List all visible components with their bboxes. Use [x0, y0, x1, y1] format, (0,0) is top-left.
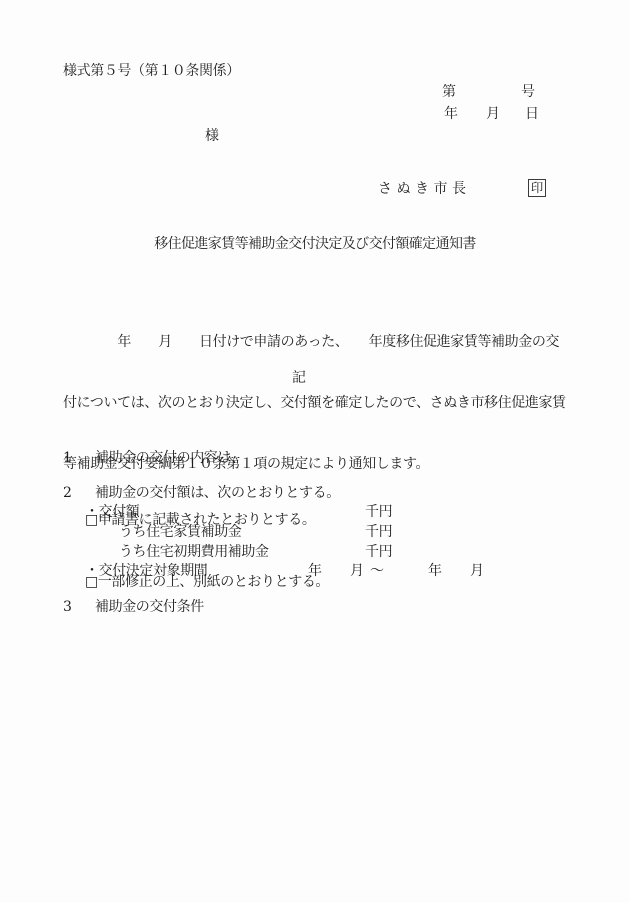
- item-3-number: 3: [63, 600, 95, 614]
- period-start-month-label: 月: [350, 564, 364, 578]
- issue-date-line: 年 月 日: [0, 107, 630, 125]
- item-2-number: 2: [63, 486, 95, 500]
- form-number: 様式第５号（第１０条関係）: [63, 64, 240, 78]
- sender-name: さぬき市長: [378, 182, 471, 196]
- document-title: 移住促進家賃等補助金交付決定及び交付額確定通知書: [0, 237, 630, 251]
- amount-unit: 千円: [365, 525, 392, 539]
- grant-amount-row: ・交付額 千円: [0, 505, 630, 523]
- seal-icon: 印: [531, 182, 544, 195]
- doc-number-suffix: 号: [521, 85, 535, 99]
- record-marker: 記: [292, 371, 306, 385]
- amount-unit: 千円: [365, 505, 392, 519]
- issue-date-day-label: 日: [525, 107, 539, 121]
- document-page: 様式第５号（第１０条関係） 第 号 年 月 日 様 さぬき市長 印 移住促進家賃…: [0, 0, 630, 903]
- period-end-year-label: 年: [428, 564, 442, 578]
- issue-date-month-label: 月: [486, 107, 500, 121]
- seal-box: 印: [528, 179, 546, 197]
- period-range-mark: ～: [370, 564, 384, 578]
- item-3-text: 補助金の交付条件: [95, 599, 204, 615]
- item-3-heading: 3補助金の交付条件: [63, 600, 204, 614]
- item-1-number: 1: [63, 448, 95, 469]
- period-label: ・交付決定対象期間: [85, 564, 207, 578]
- amount-label: うち住宅家賃補助金: [119, 525, 241, 539]
- grant-amount-row: うち住宅家賃補助金 千円: [0, 525, 630, 543]
- amount-label: ・交付額: [85, 505, 139, 519]
- item-2-text: 補助金の交付額は、次のとおりとする。: [95, 485, 340, 501]
- item-2-heading: 2補助金の交付額は、次のとおりとする。: [63, 486, 340, 500]
- issue-date-year-label: 年: [444, 107, 458, 121]
- doc-number-prefix: 第: [442, 85, 456, 99]
- body-line: 年 月 日付けで申請のあった、 年度移住促進家賃等補助金の交: [63, 332, 579, 352]
- doc-number-line: 第 号: [0, 85, 630, 103]
- addressee-honorific: 様: [205, 129, 219, 143]
- item-1-text: 補助金の交付の内容は、: [95, 450, 245, 466]
- grant-period-row: ・交付決定対象期間 年 月 ～ 年 月: [0, 564, 630, 582]
- amount-label: うち住宅初期費用補助金: [119, 545, 269, 559]
- grant-amount-row: うち住宅初期費用補助金 千円: [0, 545, 630, 563]
- period-end-month-label: 月: [470, 564, 484, 578]
- item-1-heading: 1補助金の交付の内容は、: [63, 448, 329, 469]
- period-start-year-label: 年: [308, 564, 322, 578]
- amount-unit: 千円: [365, 545, 392, 559]
